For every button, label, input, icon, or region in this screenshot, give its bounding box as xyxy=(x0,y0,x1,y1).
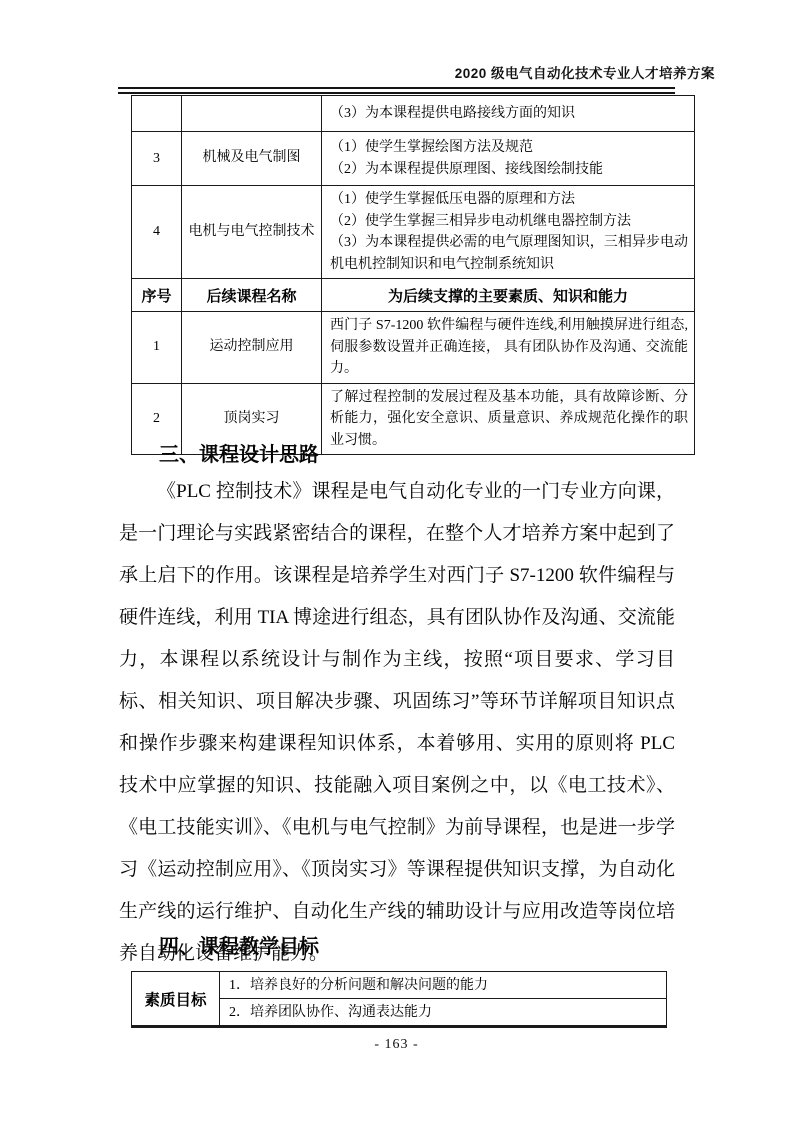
cell-course-empty xyxy=(182,96,322,132)
cell-course: 机械及电气制图 xyxy=(182,132,322,186)
header-double-rule xyxy=(118,87,675,94)
table-row-continuation: （3）为本课程提供电路接线方面的知识 xyxy=(132,96,695,132)
cell-no: 4 xyxy=(132,186,182,279)
design-paragraph: 《PLC 控制技术》课程是电气自动化专业的一门专业方向课，是一门理论与实践紧密结… xyxy=(119,471,675,975)
cell-course: 运动控制应用 xyxy=(182,312,322,384)
support-item: （3）为本课程提供电路接线方面的知识 xyxy=(330,103,688,125)
followup-header-row: 序号 后续课程名称 为后续支撑的主要素质、知识和能力 xyxy=(132,279,695,312)
page-number: - 163 - xyxy=(118,1037,675,1053)
cell-no-empty xyxy=(132,96,182,132)
support-item: （3）为本课程提供必需的电气原理图知识，三相异步电动机电机控制知识和电气控制系统… xyxy=(330,232,688,275)
table-row: 1 运动控制应用 西门子 S7-1200 软件编程与硬件连线,利用触摸屏进行组态… xyxy=(132,312,695,384)
cell-course: 电机与电气控制技术 xyxy=(182,186,322,279)
objective-item: 2．培养团队协作、沟通表达能力 xyxy=(220,999,667,1027)
cell-items: （1）使学生掌握绘图方法及规范 （2）为本课程提供原理图、接线图绘制技能 xyxy=(322,132,695,186)
cell-content: 西门子 S7-1200 软件编程与硬件连线,利用触摸屏进行组态,伺服参数设置并正… xyxy=(322,312,695,384)
cell-items: （1）使学生掌握低压电器的原理和方法 （2）使学生掌握三相异步电动机继电器控制方… xyxy=(322,186,695,279)
objectives-table: 素质目标 1．培养良好的分析问题和解决问题的能力 2．培养团队协作、沟通表达能力 xyxy=(131,971,667,1028)
prerequisite-followup-table: （3）为本课程提供电路接线方面的知识 3 机械及电气制图 （1）使学生掌握绘图方… xyxy=(131,95,695,455)
page-header-title: 2020 级电气自动化技术专业人才培养方案 xyxy=(455,62,715,82)
header-cell-no: 序号 xyxy=(132,279,182,312)
document-page: 2020 级电气自动化技术专业人才培养方案 （3）为本课程提供电路接线方面的知识… xyxy=(0,0,793,1122)
cell-items: （3）为本课程提供电路接线方面的知识 xyxy=(322,96,695,132)
cell-no: 1 xyxy=(132,312,182,384)
cell-no: 3 xyxy=(132,132,182,186)
header-cell-course: 后续课程名称 xyxy=(182,279,322,312)
section-heading-objectives: 四、课程教学目标 xyxy=(159,930,319,959)
section-heading-design: 三、课程设计思路 xyxy=(159,438,319,467)
table-row: 素质目标 1．培养良好的分析问题和解决问题的能力 xyxy=(132,972,667,999)
cell-content: 了解过程控制的发展过程及基本功能，具有故障诊断、分析能力，强化安全意识、质量意识… xyxy=(322,383,695,455)
support-item: （2）为本课程提供原理图、接线图绘制技能 xyxy=(330,159,688,181)
support-item: （1）使学生掌握绘图方法及规范 xyxy=(330,137,688,159)
table-row: 4 电机与电气控制技术 （1）使学生掌握低压电器的原理和方法 （2）使学生掌握三… xyxy=(132,186,695,279)
objective-item: 1．培养良好的分析问题和解决问题的能力 xyxy=(220,972,667,999)
header-cell-support: 为后续支撑的主要素质、知识和能力 xyxy=(322,279,695,312)
support-item: （1）使学生掌握低压电器的原理和方法 xyxy=(330,189,688,211)
objectives-label: 素质目标 xyxy=(132,972,220,1027)
support-item: （2）使学生掌握三相异步电动机继电器控制方法 xyxy=(330,211,688,233)
table-row: 3 机械及电气制图 （1）使学生掌握绘图方法及规范 （2）为本课程提供原理图、接… xyxy=(132,132,695,186)
